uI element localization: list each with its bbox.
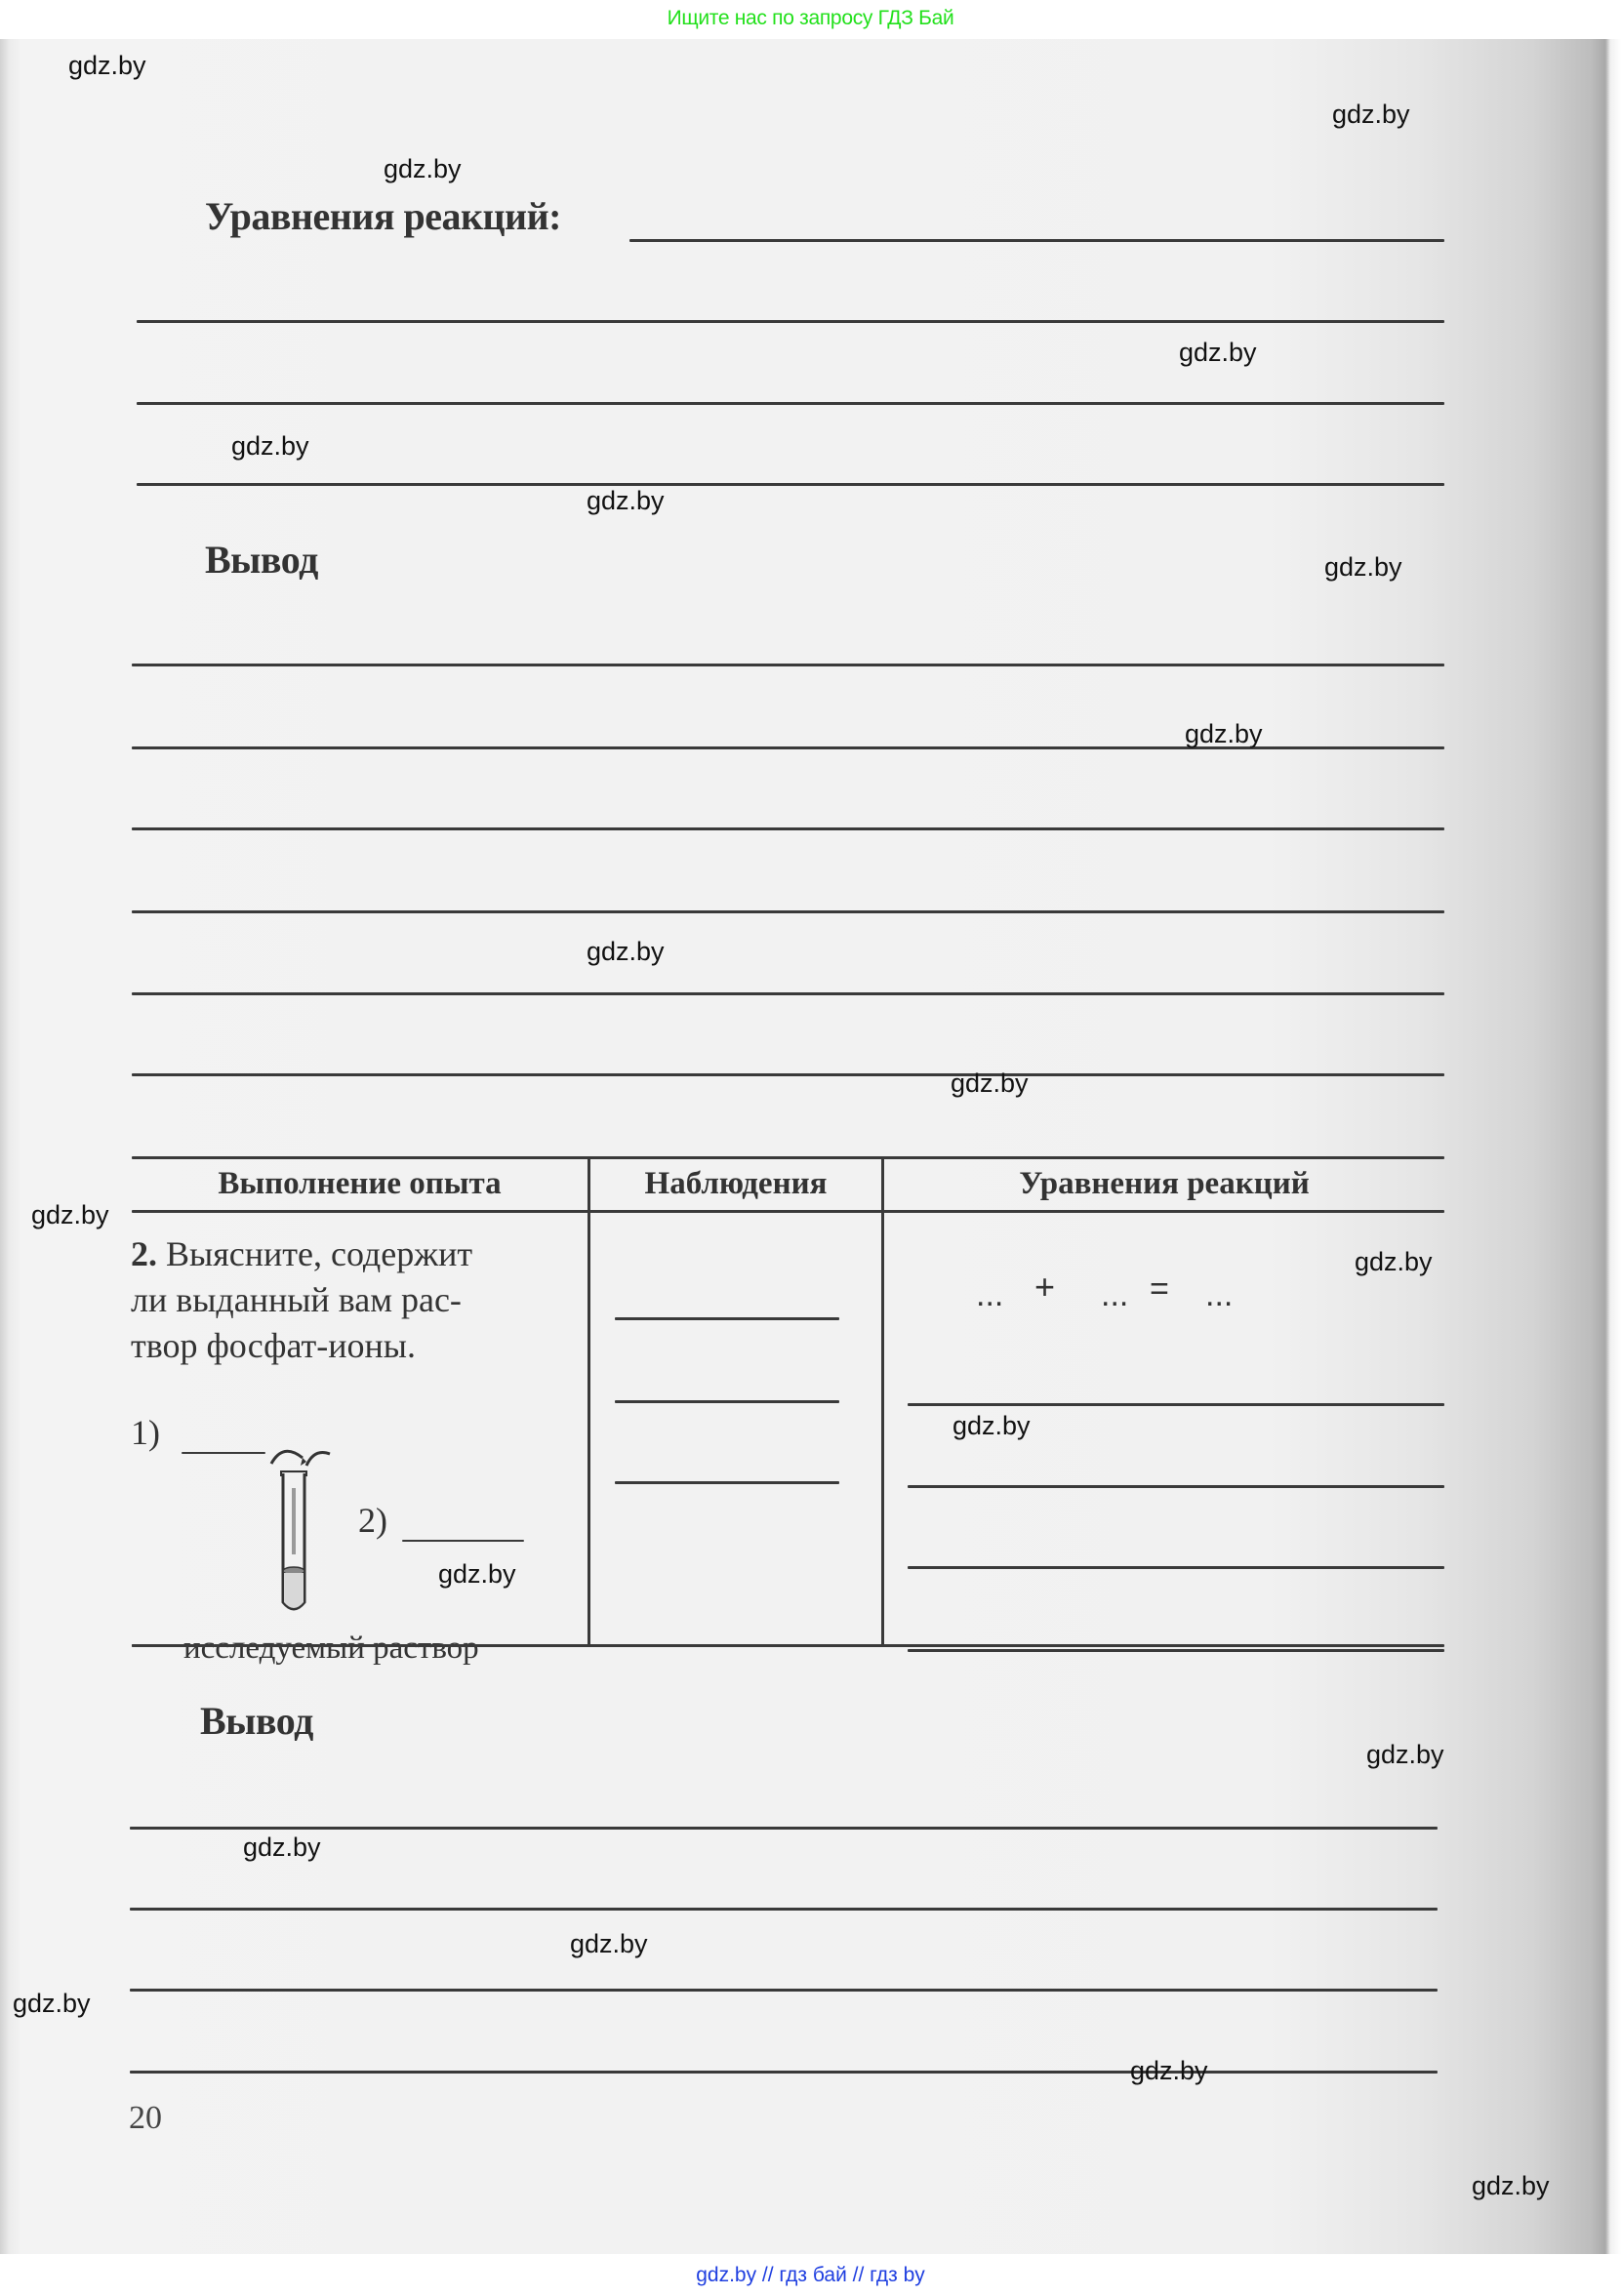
conclusion-heading-2: Вывод — [200, 1698, 313, 1744]
watermark: gdz.by — [587, 486, 665, 516]
answer-line[interactable] — [132, 1073, 1444, 1076]
observation-line[interactable] — [615, 1317, 839, 1320]
reactant-1-placeholder: ... — [976, 1276, 1003, 1314]
equation-line[interactable] — [908, 1485, 1444, 1488]
watermark: gdz.by — [1332, 100, 1410, 130]
watermark: gdz.by — [587, 937, 665, 967]
bottom-site-banner[interactable]: gdz.by // гдз бай // гдз by — [0, 2254, 1621, 2296]
reactant-2-placeholder: ... — [1101, 1276, 1128, 1314]
watermark: gdz.by — [1324, 552, 1402, 583]
answer-line[interactable] — [137, 483, 1444, 486]
table-header-equations: Уравнения реакций — [884, 1166, 1444, 1202]
watermark: gdz.by — [1179, 338, 1257, 368]
answer-line[interactable] — [132, 910, 1444, 913]
page-number: 20 — [129, 2100, 162, 2137]
answer-line[interactable] — [132, 664, 1444, 666]
watermark: gdz.by — [1472, 2171, 1550, 2201]
answer-line[interactable] — [137, 320, 1444, 323]
watermark: gdz.by — [1366, 1740, 1444, 1770]
table-column-divider — [881, 1158, 884, 1646]
table-header-procedure: Выполнение опыта — [132, 1166, 588, 1202]
watermark: gdz.by — [31, 1200, 109, 1230]
watermark: gdz.by — [1130, 2056, 1208, 2086]
table-column-divider — [588, 1158, 590, 1646]
answer-line[interactable] — [130, 2071, 1438, 2074]
answer-line[interactable] — [130, 1989, 1438, 1992]
watermark: gdz.by — [570, 1929, 648, 1959]
watermark: gdz.by — [951, 1068, 1029, 1099]
step1-label: 1) — [131, 1410, 160, 1456]
step2-label: 2) — [358, 1498, 387, 1544]
equation-line[interactable] — [908, 1403, 1444, 1406]
answer-line[interactable] — [130, 1827, 1438, 1830]
answer-line — [132, 1644, 590, 1647]
equations-heading: Уравнения реакций: — [205, 193, 561, 239]
answer-line[interactable] — [137, 402, 1444, 405]
task-number: 2. — [131, 1234, 157, 1273]
step2-answer-line[interactable] — [402, 1540, 524, 1542]
answer-line[interactable] — [130, 1908, 1438, 1911]
answer-line[interactable] — [132, 992, 1444, 995]
equals-sign: = — [1150, 1270, 1169, 1309]
watermark: gdz.by — [13, 1989, 91, 2019]
equation-line[interactable] — [908, 1566, 1444, 1569]
observation-line[interactable] — [615, 1481, 839, 1484]
watermark: gdz.by — [1355, 1247, 1433, 1277]
watermark: gdz.by — [952, 1411, 1031, 1441]
table-header-observations: Наблюдения — [590, 1166, 881, 1202]
workbook-page: Уравнения реакций: Вывод Выполнение опыт… — [0, 39, 1621, 2254]
figure-caption: исследуемый раствор — [183, 1631, 479, 1665]
watermark: gdz.by — [1185, 719, 1263, 749]
conclusion-heading: Вывод — [205, 537, 318, 583]
table-top-border — [132, 1156, 1444, 1159]
table-header-border — [132, 1210, 1444, 1213]
top-search-banner[interactable]: Ищите нас по запросу ГДЗ Бай — [0, 0, 1621, 39]
step1-answer-line[interactable] — [182, 1452, 265, 1454]
watermark: gdz.by — [243, 1833, 321, 1863]
answer-line[interactable] — [132, 827, 1444, 830]
watermark: gdz.by — [438, 1559, 516, 1590]
test-tube-icon — [263, 1444, 342, 1630]
observation-line[interactable] — [615, 1400, 839, 1403]
product-placeholder: ... — [1205, 1276, 1233, 1314]
task-text: 2. Выясните, содержит ли выданный вам ра… — [131, 1231, 472, 1369]
answer-line[interactable] — [629, 239, 1444, 242]
watermark: gdz.by — [68, 51, 146, 81]
watermark: gdz.by — [384, 154, 462, 184]
equation-line[interactable] — [908, 1649, 1444, 1652]
plus-sign: + — [1034, 1267, 1055, 1308]
watermark: gdz.by — [231, 431, 309, 462]
